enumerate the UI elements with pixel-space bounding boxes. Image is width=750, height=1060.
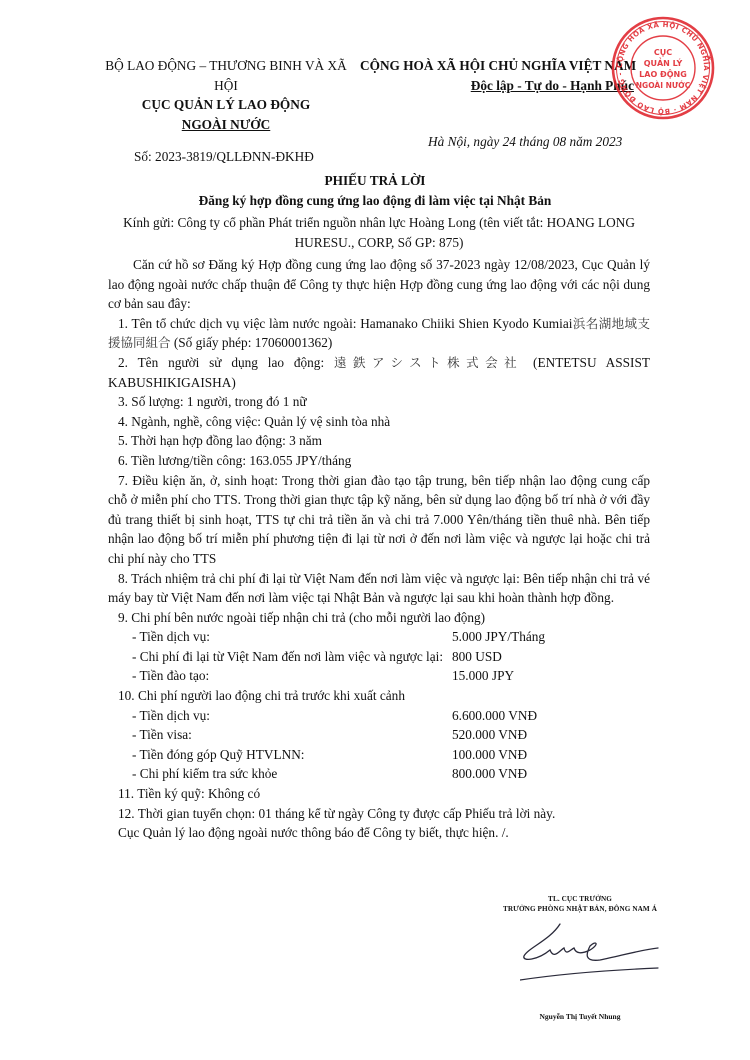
worker-costs-table: - Tiền dịch vụ:6.600.000 VNĐ - Tiền visa… [108,706,650,784]
document-body: Căn cứ hồ sơ Đăng ký Hợp đồng cung ứng l… [108,255,650,843]
item-12-recruitment-period: 12. Thời gian tuyển chọn: 01 tháng kể từ… [108,804,650,824]
signer-title-1: TL. CỤC TRƯỞNG [470,895,690,905]
cost-row: - Tiền đóng góp Quỹ HTVLNN:100.000 VNĐ [108,745,650,765]
svg-text:LAO ĐỘNG: LAO ĐỘNG [639,69,687,79]
cost-row: - Tiền dịch vụ:5.000 JPY/Tháng [108,627,650,647]
handwritten-signature-icon [520,920,660,986]
document-subtitle: Đăng ký hợp đồng cung ứng lao động đi là… [0,191,750,211]
signature-block: TL. CỤC TRƯỞNG TRƯỞNG PHÒNG NHẬT BẢN, ĐÔ… [470,895,690,914]
svg-text:CỤC: CỤC [654,48,672,57]
item-11-deposit: 11. Tiền ký quỹ: Không có [108,784,650,804]
department-name-line2: NGOÀI NƯỚC [182,117,271,132]
item-5-contract-term: 5. Thời hạn hợp đồng lao động: 3 năm [108,431,650,451]
item-3-quantity: 3. Số lượng: 1 người, trong đó 1 nữ [108,392,650,412]
svg-text:QUẢN LÝ: QUẢN LÝ [644,57,683,68]
svg-text:★: ★ [706,54,712,62]
document-title: PHIẾU TRẢ LỜI [0,171,750,191]
issuing-authority: BỘ LAO ĐỘNG – THƯƠNG BINH VÀ XÃ HỘI CỤC … [96,56,356,134]
item-9-foreign-paid-costs: 9. Chi phí bên nước ngoài tiếp nhận chi … [108,608,650,628]
svg-text:NGOÀI NƯỚC: NGOÀI NƯỚC [636,81,691,90]
item-7-living-conditions: 7. Điều kiện ăn, ở, sinh hoạt: Trong thờ… [108,471,650,569]
addressee: Kính gửi: Công ty cổ phần Phát triển ngu… [108,213,650,252]
item-4-occupation: 4. Ngành, nghề, công việc: Quản lý vệ si… [108,412,650,432]
place-and-date: Hà Nội, ngày 24 tháng 08 năm 2023 [428,132,622,152]
intro-paragraph: Căn cứ hồ sơ Đăng ký Hợp đồng cung ứng l… [108,255,650,314]
cost-row: - Tiền visa:520.000 VNĐ [108,725,650,745]
cost-row: - Tiền đào tạo:15.000 JPY [108,666,650,686]
department-name-line1: CỤC QUẢN LÝ LAO ĐỘNG [96,95,356,115]
item-6-salary: 6. Tiền lương/tiền công: 163.055 JPY/thá… [108,451,650,471]
item-10-worker-paid-costs: 10. Chi phí người lao động chi trả trước… [108,686,650,706]
cost-row: - Chi phí đi lại từ Việt Nam đến nơi làm… [108,647,650,667]
item-1-service-org: 1. Tên tổ chức dịch vụ việc làm nước ngo… [108,314,650,353]
item-8-travel-responsibility: 8. Trách nhiệm trả chi phí đi lại từ Việ… [108,569,650,608]
ministry-name: BỘ LAO ĐỘNG – THƯƠNG BINH VÀ XÃ HỘI [96,56,356,95]
cost-row: - Chi phí kiểm tra sức khỏe800.000 VNĐ [108,764,650,784]
signer-name: Nguyễn Thị Tuyết Nhung [470,1007,690,1027]
signer-title-2: TRƯỞNG PHÒNG NHẬT BẢN, ĐÔNG NAM Á [470,905,690,915]
closing-statement: Cục Quản lý lao động ngoài nước thông bá… [108,823,650,843]
document-number: Số: 2023-3819/QLLĐNN-ĐKHĐ [134,147,314,167]
official-seal-icon: CỘNG HOÀ XÃ HỘI CHỦ NGHĨA VIỆT NAM · BỘ … [596,14,730,122]
item-2-employer: 2. Tên người sử dụng lao động: 遠鉄アシスト株式会… [108,353,650,392]
foreign-costs-table: - Tiền dịch vụ:5.000 JPY/Tháng - Chi phí… [108,627,650,686]
cost-row: - Tiền dịch vụ:6.600.000 VNĐ [108,706,650,726]
